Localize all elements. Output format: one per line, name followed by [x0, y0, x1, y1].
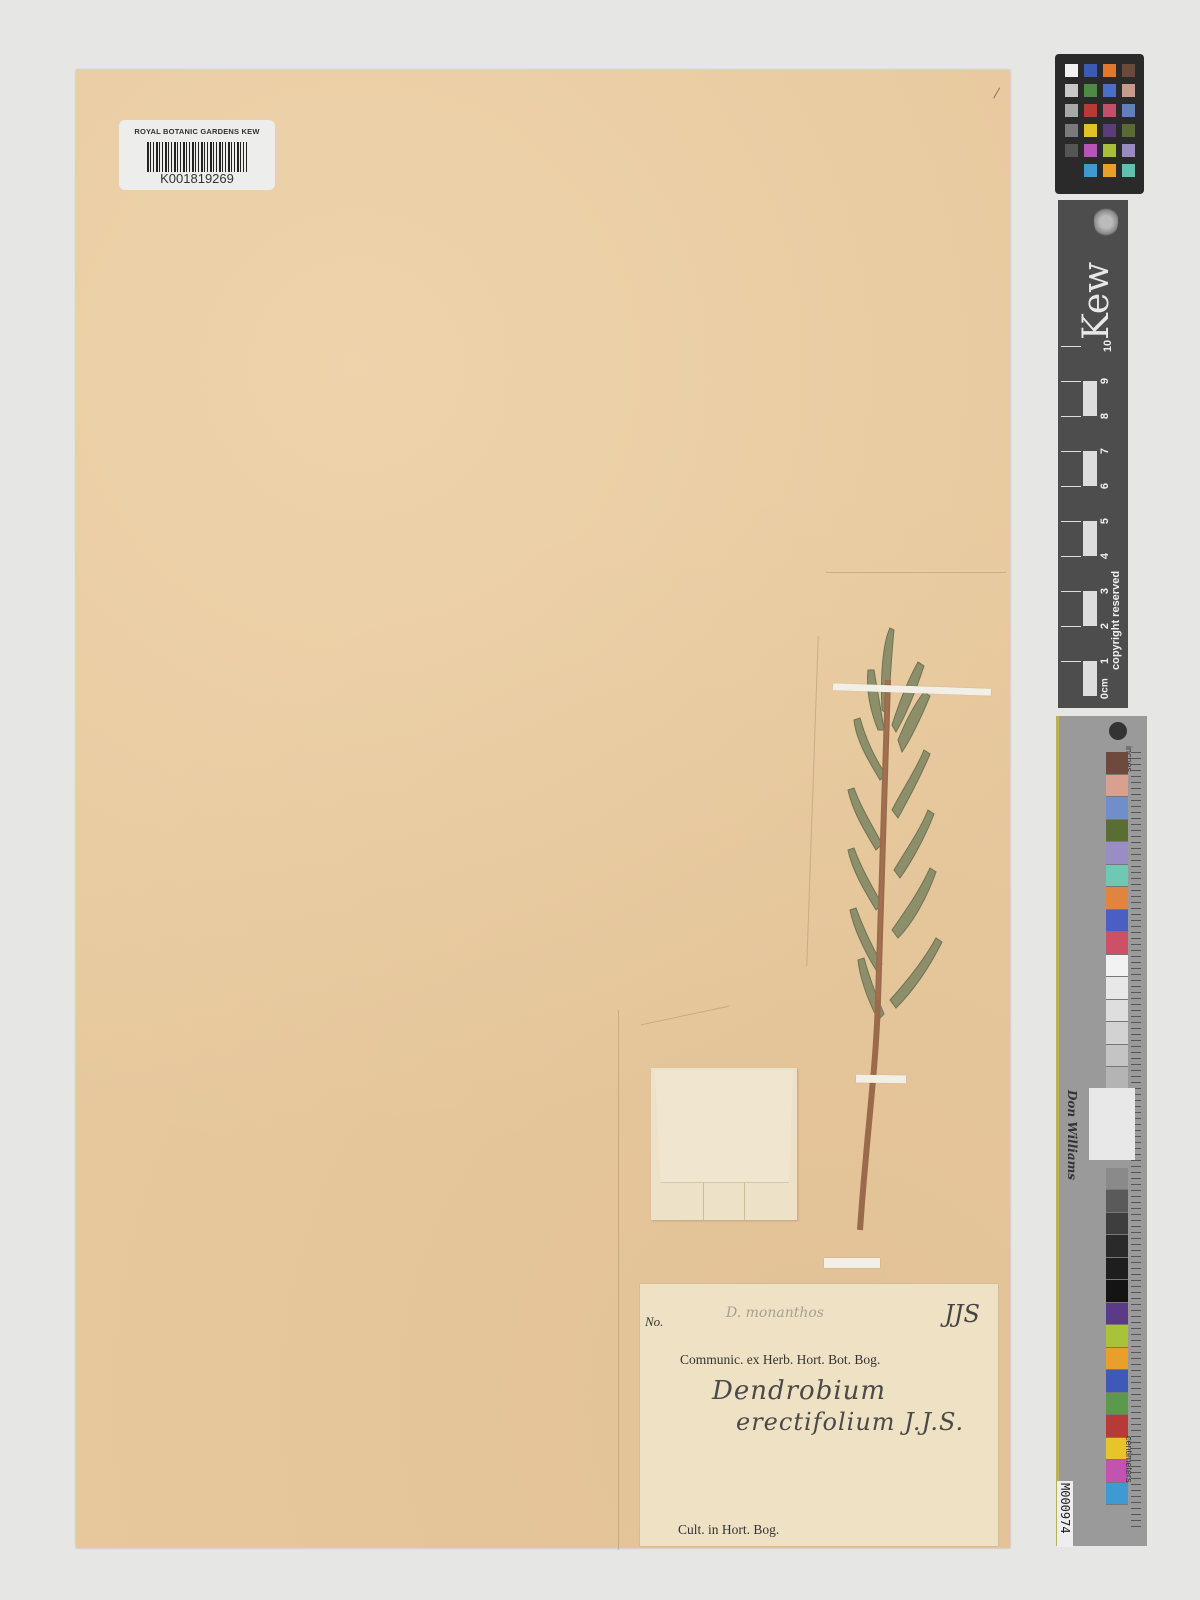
- ruler-number: 8: [1099, 413, 1111, 419]
- kew-scale-bar: Kew copyright reserved 012345678910 cm: [1058, 200, 1128, 708]
- target-color-patch: [1106, 887, 1128, 910]
- gray-wedge-box: [1089, 1088, 1135, 1160]
- target-color-patch: [1106, 820, 1128, 843]
- target-color-patch: [1106, 1303, 1128, 1326]
- target-color-patch: [1106, 1370, 1128, 1393]
- target-color-patch: [1106, 1415, 1128, 1438]
- color-patch: [1065, 144, 1078, 157]
- ruler-alt-segment: [1083, 661, 1097, 696]
- barcode: [147, 142, 247, 172]
- ruler-number: 2: [1099, 623, 1111, 629]
- ruler-alt-segment: [1083, 521, 1097, 556]
- target-id: M000974: [1058, 1483, 1072, 1534]
- ruler-number: 9: [1099, 378, 1111, 384]
- ruler-number: 1: [1099, 658, 1111, 664]
- target-color-patch: [1106, 1483, 1128, 1506]
- color-patch: [1084, 104, 1097, 117]
- ruler-number: 5: [1099, 518, 1111, 524]
- ruler-number: 4: [1099, 553, 1111, 559]
- centimeters-label: centimeters: [1124, 1436, 1134, 1483]
- target-color-patch: [1106, 1348, 1128, 1371]
- target-color-patch: [1106, 797, 1128, 820]
- color-patch: [1122, 124, 1135, 137]
- ruler-segment: [1061, 451, 1081, 487]
- target-color-patch: [1106, 1000, 1128, 1023]
- ruler-alt-segment: [1083, 451, 1097, 486]
- color-patch: [1122, 144, 1135, 157]
- color-patch: [1103, 164, 1116, 177]
- color-patch: [1065, 64, 1078, 77]
- color-patch: [1065, 104, 1078, 117]
- cm-ruler: 012345678910: [1061, 346, 1099, 702]
- color-target-strip: inches Don Williams centimeters M000974: [1056, 716, 1147, 1546]
- target-color-patch: [1106, 1022, 1128, 1045]
- color-checker-grid: [1065, 64, 1135, 177]
- fragment-envelope[interactable]: [651, 1068, 797, 1220]
- color-patch: [1122, 104, 1135, 117]
- ruler-number: 6: [1099, 483, 1111, 489]
- target-color-patch: [1106, 1235, 1128, 1258]
- target-color-patch: [1106, 1280, 1128, 1303]
- target-color-patch: [1106, 842, 1128, 865]
- genus-name: Dendrobium: [712, 1376, 886, 1406]
- pencil-annotation: D. monanthos: [726, 1305, 824, 1321]
- ruler-alt-segment: [1083, 416, 1097, 451]
- label-number-field: No.: [645, 1314, 663, 1330]
- color-patch: [1103, 84, 1116, 97]
- ruler-alt-segment: [1083, 626, 1097, 661]
- target-color-patch: [1106, 1393, 1128, 1416]
- fold-line: [618, 1010, 619, 1550]
- target-dot: [1109, 722, 1127, 740]
- color-patch: [1084, 144, 1097, 157]
- color-patch: [1122, 164, 1135, 177]
- ruler-number: 7: [1099, 448, 1111, 454]
- envelope-flap: [655, 1070, 793, 1183]
- ruler-alt-segment: [1083, 591, 1097, 626]
- cultivation-note: Cult. in Hort. Bog.: [678, 1522, 779, 1538]
- color-patch: [1084, 84, 1097, 97]
- barcode-number: K001819269: [119, 171, 275, 186]
- ruler-segment: [1061, 416, 1081, 452]
- target-color-patch: [1106, 1258, 1128, 1281]
- ruler-number: 0: [1099, 693, 1111, 699]
- color-patch: [1103, 124, 1116, 137]
- paper-tape-strip: [824, 1258, 880, 1268]
- target-color-patch: [1106, 1190, 1128, 1213]
- target-color-patch: [1106, 977, 1128, 1000]
- kew-logo: Kew: [1076, 262, 1117, 340]
- color-patch: [1084, 64, 1097, 77]
- ruler-alt-segment: [1083, 486, 1097, 521]
- ruler-alt-segment: [1083, 556, 1097, 591]
- color-patch: [1103, 104, 1116, 117]
- ruler-segment: [1061, 591, 1081, 627]
- target-color-patch: [1106, 1168, 1128, 1191]
- color-patch: [1122, 64, 1135, 77]
- paper-tape-strip: [856, 1075, 906, 1084]
- kew-crest-icon: [1094, 206, 1118, 238]
- ruler-segment: [1061, 346, 1081, 382]
- target-color-patch: [1106, 752, 1128, 775]
- target-color-patch: [1106, 1067, 1128, 1090]
- color-patch: [1103, 64, 1116, 77]
- target-id-label: M000974: [1057, 1481, 1073, 1547]
- target-color-patch: [1106, 910, 1128, 933]
- barcode-label: ROYAL BOTANIC GARDENS KEW K001819269: [119, 120, 275, 190]
- target-brand: Don Williams: [1065, 1090, 1079, 1180]
- institution-name: ROYAL BOTANIC GARDENS KEW: [119, 127, 275, 136]
- ruler-segment: [1061, 626, 1081, 662]
- target-color-patch: [1106, 1213, 1128, 1236]
- ruler-number: 3: [1099, 588, 1111, 594]
- target-color-patch: [1106, 1325, 1128, 1348]
- copyright-text: copyright reserved: [1110, 571, 1122, 670]
- species-name: erectifolium J.J.S.: [736, 1408, 964, 1436]
- fold-line: [826, 572, 1006, 573]
- communicated-by: Communic. ex Herb. Hort. Bot. Bog.: [680, 1352, 880, 1368]
- ruler-segment: [1061, 381, 1081, 417]
- color-patch: [1065, 84, 1078, 97]
- ruler-number: 10: [1102, 340, 1114, 352]
- unit-label: cm: [1100, 678, 1111, 692]
- color-patch: [1084, 164, 1097, 177]
- color-patch: [1122, 84, 1135, 97]
- ruler-segment: [1061, 556, 1081, 592]
- ruler-alt-segment: [1083, 381, 1097, 416]
- collector-initials: JJS: [944, 1300, 980, 1328]
- color-checker-card: [1055, 54, 1144, 194]
- specimen-plant: [820, 620, 970, 1270]
- ruler-alt-segment: [1083, 346, 1097, 381]
- target-color-patch: [1106, 865, 1128, 888]
- target-color-patch: [1106, 932, 1128, 955]
- color-patch: [1065, 164, 1078, 177]
- determination-label: No. D. monanthos JJS Communic. ex Herb. …: [640, 1284, 998, 1546]
- color-patch: [1065, 124, 1078, 137]
- target-color-patch: [1106, 955, 1128, 978]
- target-color-patch: [1106, 1045, 1128, 1068]
- envelope-tab: [703, 1182, 745, 1220]
- color-patch: [1084, 124, 1097, 137]
- target-color-patch: [1106, 775, 1128, 798]
- color-patch: [1103, 144, 1116, 157]
- ruler-segment: [1061, 521, 1081, 557]
- ruler-segment: [1061, 661, 1081, 697]
- ruler-segment: [1061, 486, 1081, 522]
